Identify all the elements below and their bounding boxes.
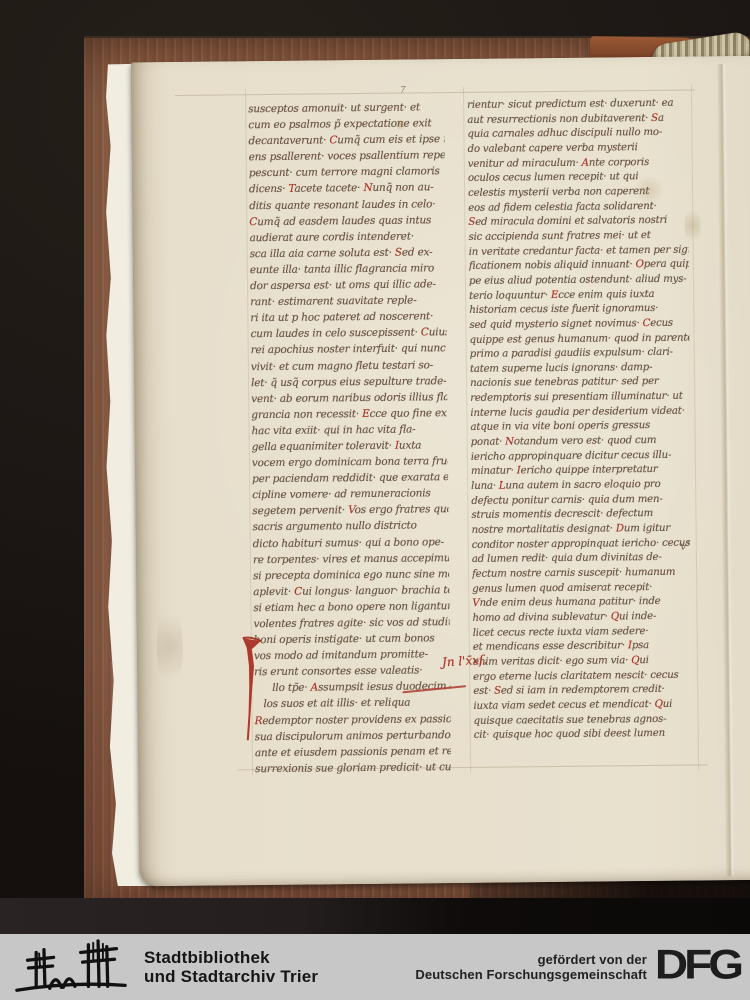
funding-credit-line2: Deutschen Forschungsgemeinschaft	[415, 967, 646, 982]
rubric-initial-letter	[241, 636, 264, 744]
rubricated-letter: S	[651, 113, 658, 124]
text-line: dicto habituri sumus· qui a bono ope-	[253, 534, 449, 552]
interlinear-correction-mark: 7	[400, 86, 406, 96]
manuscript-scan: 7 susceptos amonuit· ut surgent· etcum e…	[0, 0, 750, 1000]
stain	[156, 602, 183, 692]
text-line: rei apochius noster interfuit· qui nunc …	[251, 341, 447, 359]
margin-note: v'	[680, 539, 690, 553]
rubricated-letter: Q	[654, 699, 662, 710]
text-line: iuxta viam sedet cecus et mendicat· Qui	[473, 697, 693, 714]
text-line: sua discipulorum animos perturbandos eis…	[255, 727, 451, 745]
text-line: aplevit· Cui longus· languor· brachia te…	[253, 582, 449, 600]
text-line: segetem pervenit· Vos ergo fratres quod …	[252, 501, 448, 519]
ruling-line-top	[175, 90, 695, 96]
funding-credit-line1: gefördert von der	[415, 952, 646, 967]
text-line: llo tp̃e· Assumpsit iesus duodecim disci…	[254, 678, 450, 696]
rubricated-letter: I	[517, 466, 521, 477]
rubricated-letter: N	[363, 182, 372, 194]
text-line: dor aspersa est· ut oms qui illic ade-	[250, 276, 446, 294]
text-line: si precepta dominica ego nunc sine membr…	[253, 566, 449, 584]
text-line: re torpentes· vires et manus accepimus·	[253, 550, 449, 568]
rubric-heading: Jn l'x̄xſ.	[442, 653, 488, 670]
text-line: grancia non recessit· Ecce quo fine ex	[251, 405, 447, 423]
text-line: Sed miracula domini et salvatoris nostri	[468, 214, 688, 231]
rubricated-letter: V	[472, 598, 479, 609]
text-line: fectum nostre carnis suscepit· humanum	[472, 566, 692, 583]
text-line: interne lucis gaudia per desiderium vide…	[470, 404, 690, 421]
rubricated-letter: C	[643, 318, 651, 329]
rubricated-letter: I	[395, 440, 399, 452]
text-line: cit· quisque hoc quod sibi deest lumen	[474, 727, 694, 744]
rubricated-letter: C	[421, 327, 429, 339]
library-name-line2: und Stadtarchiv Trier	[144, 967, 318, 986]
background-bottom-strip	[0, 898, 750, 934]
rubricated-letter: D	[616, 523, 624, 534]
text-line: vent· ab eorum naribus odoris illius fla…	[251, 389, 447, 407]
text-line: let· q̃ usq̃ corpus eius sepulture trade…	[251, 373, 447, 391]
text-line: sed quid mysterio signet novimus· Cecus	[469, 316, 689, 333]
rubricated-letter: O	[636, 259, 644, 270]
rubricated-letter: T	[288, 183, 294, 195]
text-line: Vnde enim deus humana patitur· inde	[472, 595, 692, 612]
rubricated-letter: V	[348, 504, 355, 516]
rubricated-letter: N	[505, 437, 514, 448]
page-crease	[717, 64, 736, 876]
rubricated-letter: C	[294, 585, 302, 597]
text-line: quia carnales adhuc discipuli nullo mo-	[467, 126, 687, 143]
rubricated-letter: A	[311, 682, 319, 694]
porta-nigra-logo-icon	[12, 938, 130, 996]
rubricated-letter: C	[329, 134, 337, 146]
funding-credit: gefördert von der Deutschen Forschungsge…	[415, 952, 646, 982]
text-line: surrexionis sue gloriam predicit· ut cum…	[255, 759, 451, 777]
rubricated-letter: C	[249, 216, 257, 228]
rubricated-letter: A	[582, 157, 589, 168]
rubricated-letter: E	[551, 289, 558, 300]
text-line: ditis quante resonant laudes in celo·	[249, 196, 445, 214]
text-line: ante et eiusdem passionis penam et re-	[255, 743, 451, 761]
text-line: Cumq̃ ad easdem laudes quas intus	[249, 212, 445, 230]
library-name: Stadtbibliothek und Stadtarchiv Trier	[144, 948, 318, 986]
text-line: vivit· et cum magno fletu testari so-	[251, 357, 447, 375]
rubricated-letter: E	[362, 408, 370, 420]
rubricated-letter: L	[499, 481, 506, 492]
text-line: pe eius aliud potentia ostendunt· aliud …	[469, 272, 689, 289]
rubricated-letter: S	[494, 686, 501, 697]
rubricated-letter: Q	[611, 611, 619, 622]
text-line: defectu ponitur carnis· quia dum men-	[471, 492, 691, 509]
text-line: iericho appropinquare dicitur cecus illu…	[471, 448, 691, 465]
text-line: Redemptor noster providens ex passione	[255, 711, 451, 729]
manuscript-column-left: susceptos amonuit· ut surgent· etcum eo …	[248, 99, 451, 777]
rubricated-letter: I	[628, 640, 632, 651]
manuscript-page: 7 susceptos amonuit· ut surgent· etcum e…	[131, 56, 750, 887]
text-line: sca illa aia carne soluta est· Sed ex-	[250, 244, 446, 262]
manuscript-column-right: rientur· sicut predictum est· duxerunt· …	[467, 97, 694, 744]
text-line: dicens· Tacete tacete· Nunq̃ non au-	[249, 180, 445, 198]
rubricated-letter: Q	[631, 655, 639, 666]
text-line: primo a paradisi gaudiis expulsum· clari…	[470, 346, 690, 363]
footer-banner: Stadtbibliothek und Stadtarchiv Trier ge…	[0, 934, 750, 1000]
rubricated-letter: S	[395, 246, 402, 258]
dfg-logo: DFG	[655, 944, 740, 991]
library-name-line1: Stadtbibliothek	[144, 948, 318, 967]
rubricated-letter: S	[468, 217, 475, 228]
